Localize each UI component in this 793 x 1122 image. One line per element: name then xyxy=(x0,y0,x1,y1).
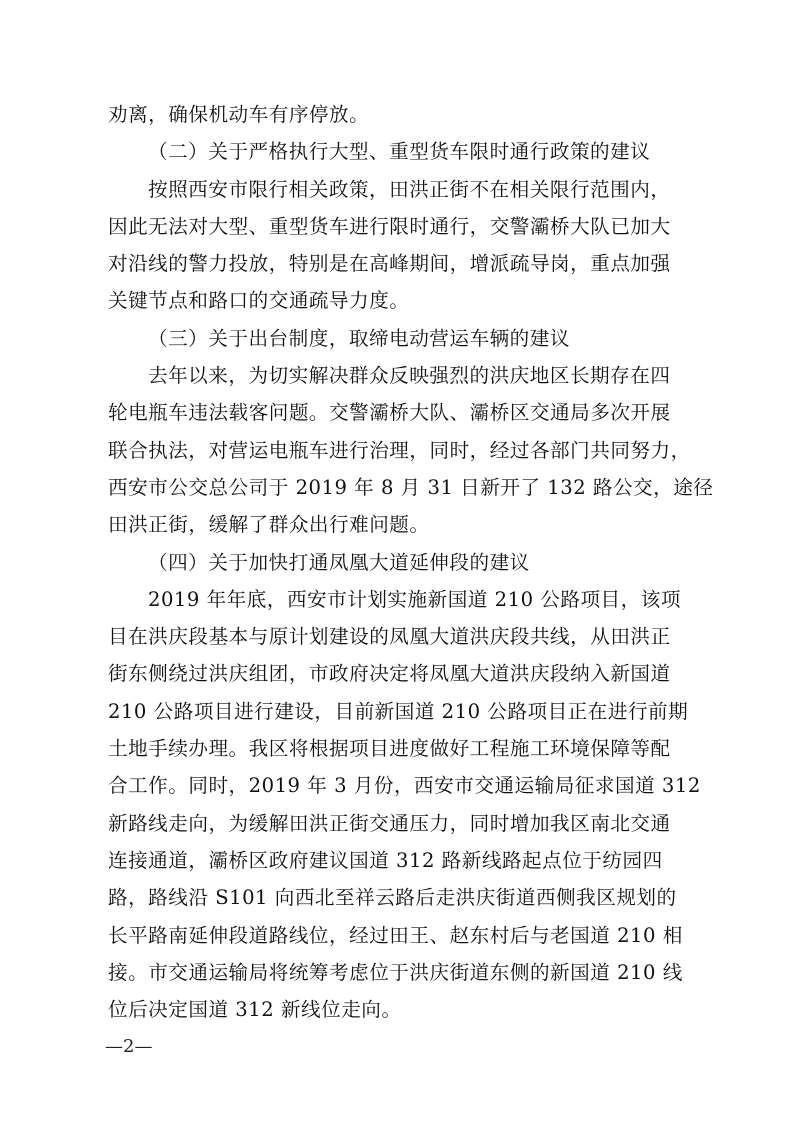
text-line: 连接通道，灞桥区政府建议国道 312 路新线路起点位于纺园四 xyxy=(108,842,692,879)
text-line: 210 公路项目进行建设，目前新国道 210 公路项目正在进行前期 xyxy=(108,693,692,730)
document-body: 劝离，确保机动车有序停放。 （二）关于严格执行大型、重型货车限时通行政策的建议 … xyxy=(108,96,692,1028)
paragraph-start: 按照西安市限行相关政策，田洪正街不在相关限行范围内， xyxy=(108,171,692,208)
text-line: 新路线走向，为缓解田洪正街交通压力，同时增加我区南北交通 xyxy=(108,805,692,842)
paragraph-start: 去年以来，为切实解决群众反映强烈的洪庆地区长期存在四 xyxy=(108,357,692,394)
section-heading-4: （四）关于加快打通凤凰大道延伸段的建议 xyxy=(108,544,692,581)
text-line: 合工作。同时，2019 年 3 月份，西安市交通运输局征求国道 312 xyxy=(108,767,692,804)
text-line: 关键节点和路口的交通疏导力度。 xyxy=(108,282,692,319)
paragraph-start: 2019 年年底，西安市计划实施新国道 210 公路项目，该项 xyxy=(108,581,692,618)
text-line: 田洪正街，缓解了群众出行难问题。 xyxy=(108,506,692,543)
page-number: —2— xyxy=(105,1036,152,1057)
text-line: 目在洪庆段基本与原计划建设的凤凰大道洪庆段共线，从田洪正 xyxy=(108,618,692,655)
text-line: 因此无法对大型、重型货车进行限时通行，交警灞桥大队已加大 xyxy=(108,208,692,245)
section-heading-2: （二）关于严格执行大型、重型货车限时通行政策的建议 xyxy=(108,133,692,170)
text-line: 路，路线沿 S101 向西北至祥云路后走洪庆街道西侧我区规划的 xyxy=(108,879,692,916)
text-line: 轮电瓶车违法载客问题。交警灞桥大队、灞桥区交通局多次开展 xyxy=(108,394,692,431)
section-heading-3: （三）关于出台制度，取缔电动营运车辆的建议 xyxy=(108,320,692,357)
text-line: 街东侧绕过洪庆组团，市政府决定将凤凰大道洪庆段纳入新国道 xyxy=(108,655,692,692)
text-line: 土地手续办理。我区将根据项目进度做好工程施工环境保障等配 xyxy=(108,730,692,767)
text-line: 位后决定国道 312 新线位走向。 xyxy=(108,991,692,1028)
text-line: 劝离，确保机动车有序停放。 xyxy=(108,96,692,133)
text-line: 对沿线的警力投放，特别是在高峰期间，增派疏导岗，重点加强 xyxy=(108,245,692,282)
text-line: 长平路南延伸段道路线位，经过田王、赵东村后与老国道 210 相 xyxy=(108,917,692,954)
text-line: 西安市公交总公司于 2019 年 8 月 31 日新开了 132 路公交，途径 xyxy=(108,469,692,506)
text-line: 接。市交通运输局将统筹考虑位于洪庆街道东侧的新国道 210 线 xyxy=(108,954,692,991)
text-line: 联合执法，对营运电瓶车进行治理，同时，经过各部门共同努力， xyxy=(108,432,692,469)
